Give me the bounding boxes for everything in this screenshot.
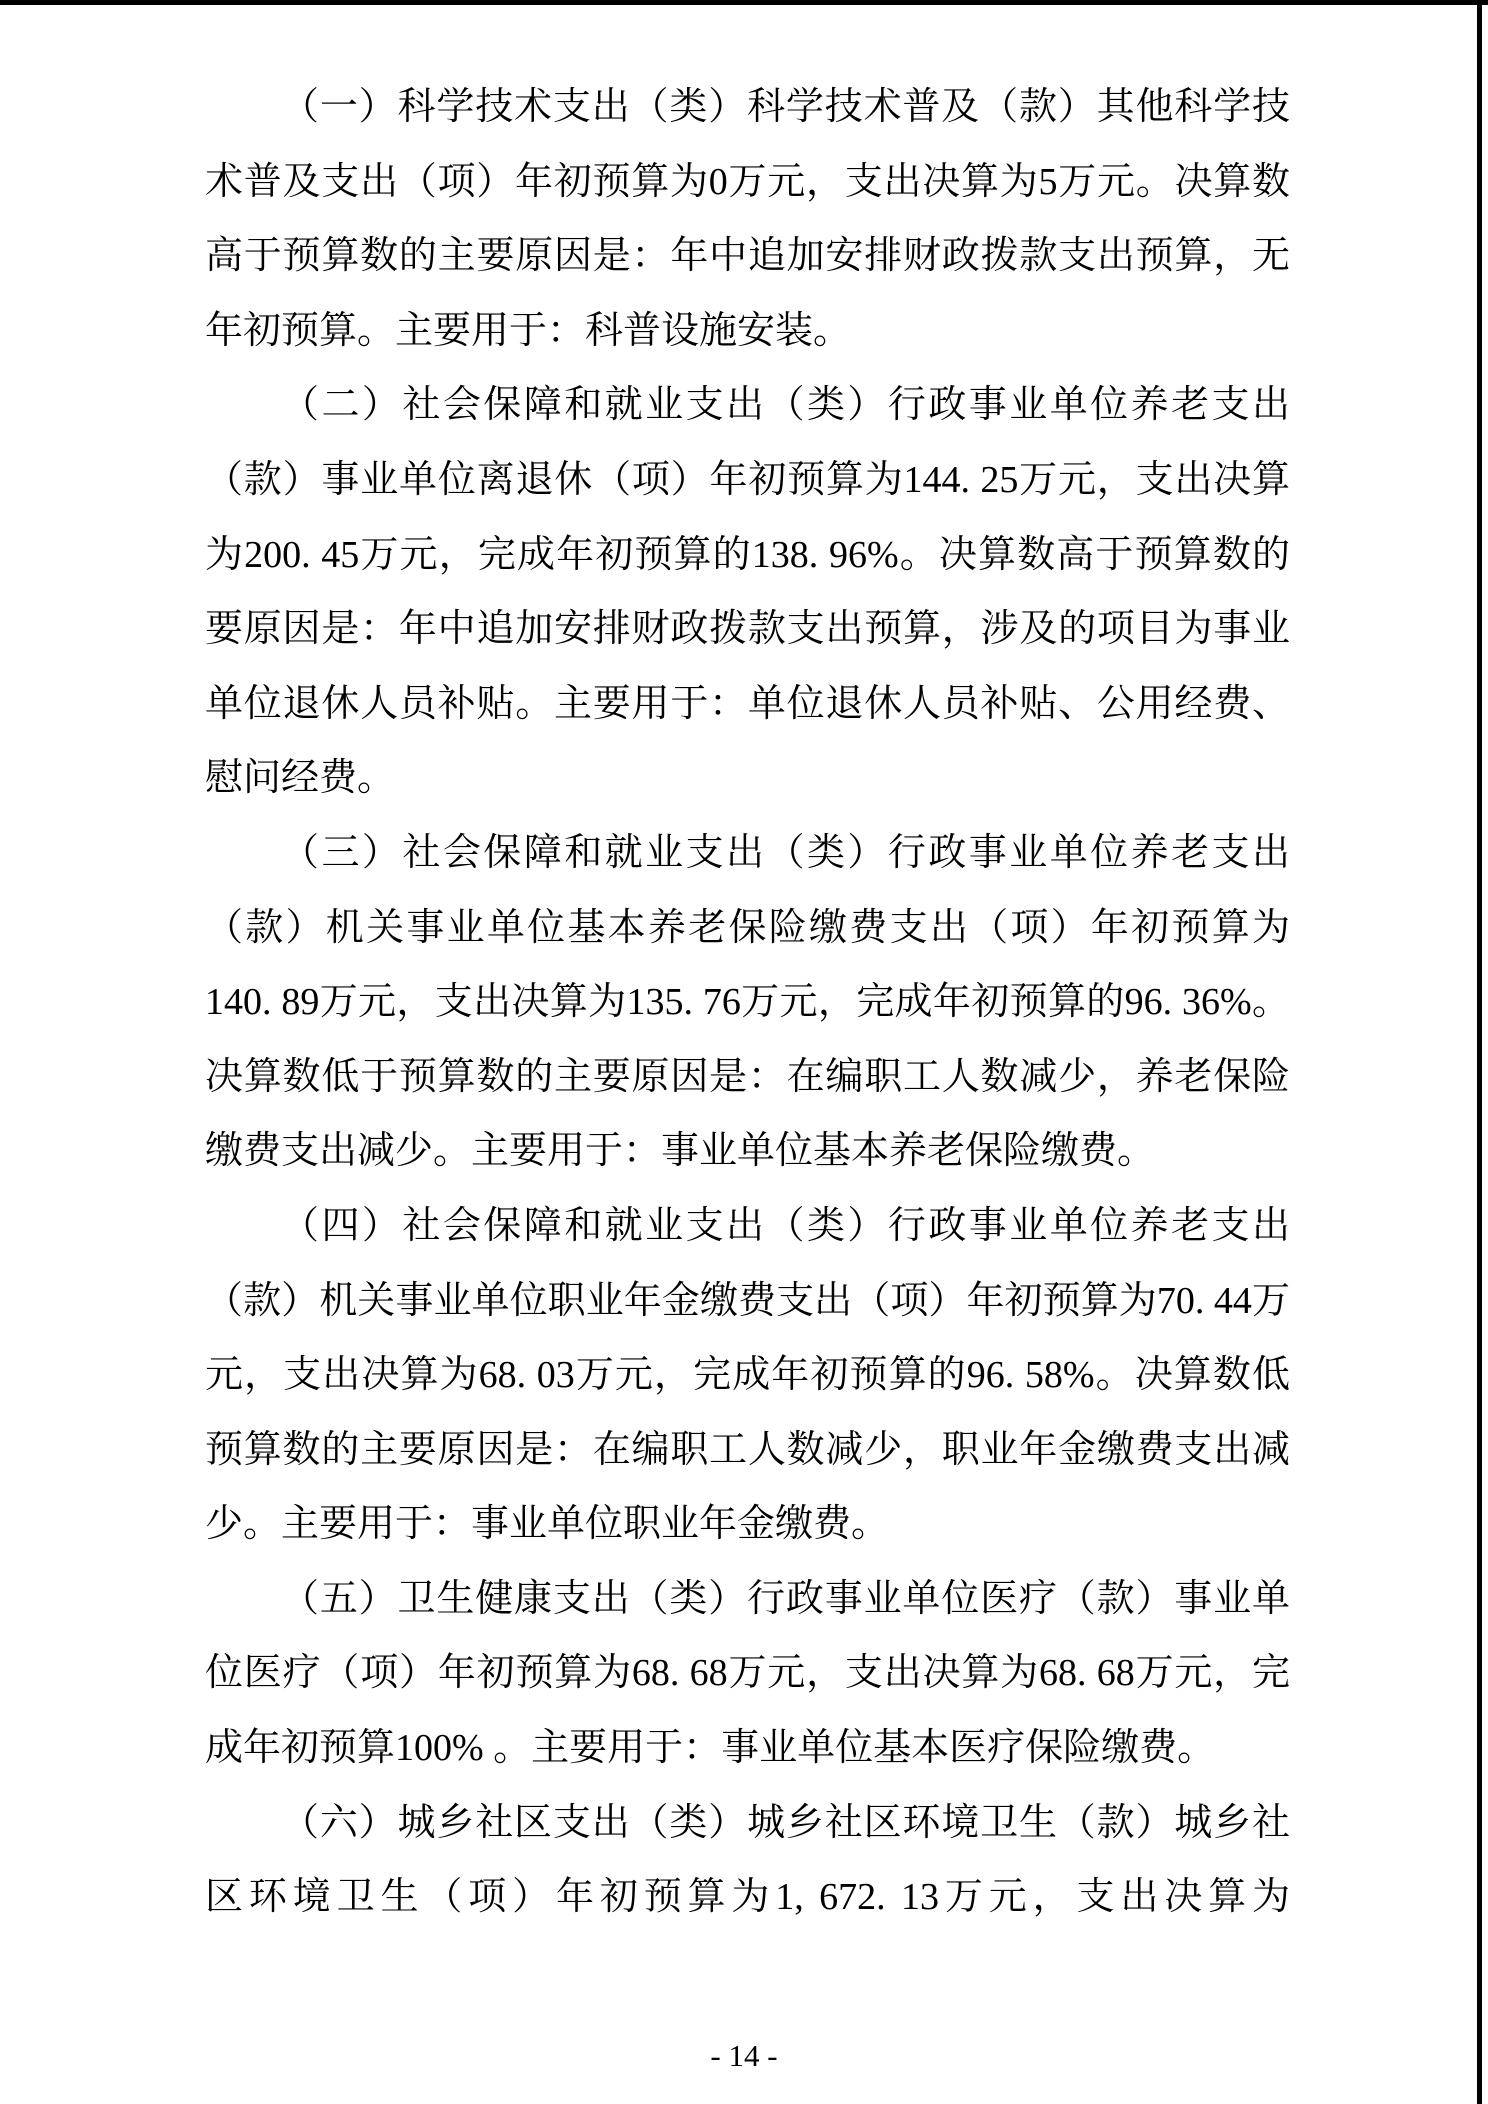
text-line: 预算数的主要原因是：在编职工人数减少，职业年金缴费支出减 xyxy=(205,1413,1290,1488)
text-line: （款）机关事业单位基本养老保险缴费支出（项）年初预算为 xyxy=(205,891,1290,966)
document-body: （一）科学技术支出（类）科学技术普及（款）其他科学技 术普及支出（项）年初预算为… xyxy=(205,70,1290,1935)
text-line: 要原因是：年中追加安排财政拨款支出预算，涉及的项目为事业 xyxy=(205,592,1290,667)
text-line: （三）社会保障和就业支出（类）行政事业单位养老支出 xyxy=(205,816,1290,891)
scan-edge-right xyxy=(1477,0,1482,2104)
text-line: 区环境卫生（项）年初预算为1, 672. 13万元，支出决算为 xyxy=(205,1860,1290,1935)
text-line: （四）社会保障和就业支出（类）行政事业单位养老支出 xyxy=(205,1189,1290,1264)
text-line: 元，支出决算为68. 03万元，完成年初预算的96. 58%。决算数低于 xyxy=(205,1338,1290,1413)
text-line: 位医疗（项）年初预算为68. 68万元，支出决算为68. 68万元，完 xyxy=(205,1636,1290,1711)
paragraph-2: （二）社会保障和就业支出（类）行政事业单位养老支出 （款）事业单位离退休（项）年… xyxy=(205,368,1290,816)
text-line: 高于预算数的主要原因是：年中追加安排财政拨款支出预算，无 xyxy=(205,219,1290,294)
text-line: （款）事业单位离退休（项）年初预算为144. 25万元，支出决算 xyxy=(205,443,1290,518)
text-line: 为200. 45万元，完成年初预算的138. 96%。决算数高于预算数的主 xyxy=(205,518,1290,593)
paragraph-4: （四）社会保障和就业支出（类）行政事业单位养老支出 （款）机关事业单位职业年金缴… xyxy=(205,1189,1290,1562)
text-line: 决算数低于预算数的主要原因是：在编职工人数减少，养老保险 xyxy=(205,1040,1290,1115)
text-line: （款）机关事业单位职业年金缴费支出（项）年初预算为70. 44万 xyxy=(205,1264,1290,1339)
text-line: 术普及支出（项）年初预算为0万元，支出决算为5万元。决算数 xyxy=(205,145,1290,220)
text-line: 单位退休人员补贴。主要用于：单位退休人员补贴、公用经费、 xyxy=(205,667,1290,742)
text-line: （五）卫生健康支出（类）行政事业单位医疗（款）事业单 xyxy=(205,1562,1290,1637)
scan-edge-top xyxy=(0,0,1488,5)
text-line: （六）城乡社区支出（类）城乡社区环境卫生（款）城乡社 xyxy=(205,1786,1290,1861)
text-line: 成年初预算100% 。主要用于：事业单位基本医疗保险缴费。 xyxy=(205,1711,1290,1786)
text-line: （二）社会保障和就业支出（类）行政事业单位养老支出 xyxy=(205,368,1290,443)
page-number: - 14 - xyxy=(0,2036,1488,2076)
text-line: 140. 89万元，支出决算为135. 76万元，完成年初预算的96. 36%。 xyxy=(205,965,1290,1040)
paragraph-6: （六）城乡社区支出（类）城乡社区环境卫生（款）城乡社 区环境卫生（项）年初预算为… xyxy=(205,1786,1290,1935)
text-line: 少。主要用于：事业单位职业年金缴费。 xyxy=(205,1487,1290,1562)
text-line: （一）科学技术支出（类）科学技术普及（款）其他科学技 xyxy=(205,70,1290,145)
paragraph-3: （三）社会保障和就业支出（类）行政事业单位养老支出 （款）机关事业单位基本养老保… xyxy=(205,816,1290,1189)
text-line: 慰问经费。 xyxy=(205,741,1290,816)
paragraph-1: （一）科学技术支出（类）科学技术普及（款）其他科学技 术普及支出（项）年初预算为… xyxy=(205,70,1290,368)
text-line: 年初预算。主要用于：科普设施安装。 xyxy=(205,294,1290,369)
paragraph-5: （五）卫生健康支出（类）行政事业单位医疗（款）事业单 位医疗（项）年初预算为68… xyxy=(205,1562,1290,1786)
text-line: 缴费支出减少。主要用于：事业单位基本养老保险缴费。 xyxy=(205,1114,1290,1189)
